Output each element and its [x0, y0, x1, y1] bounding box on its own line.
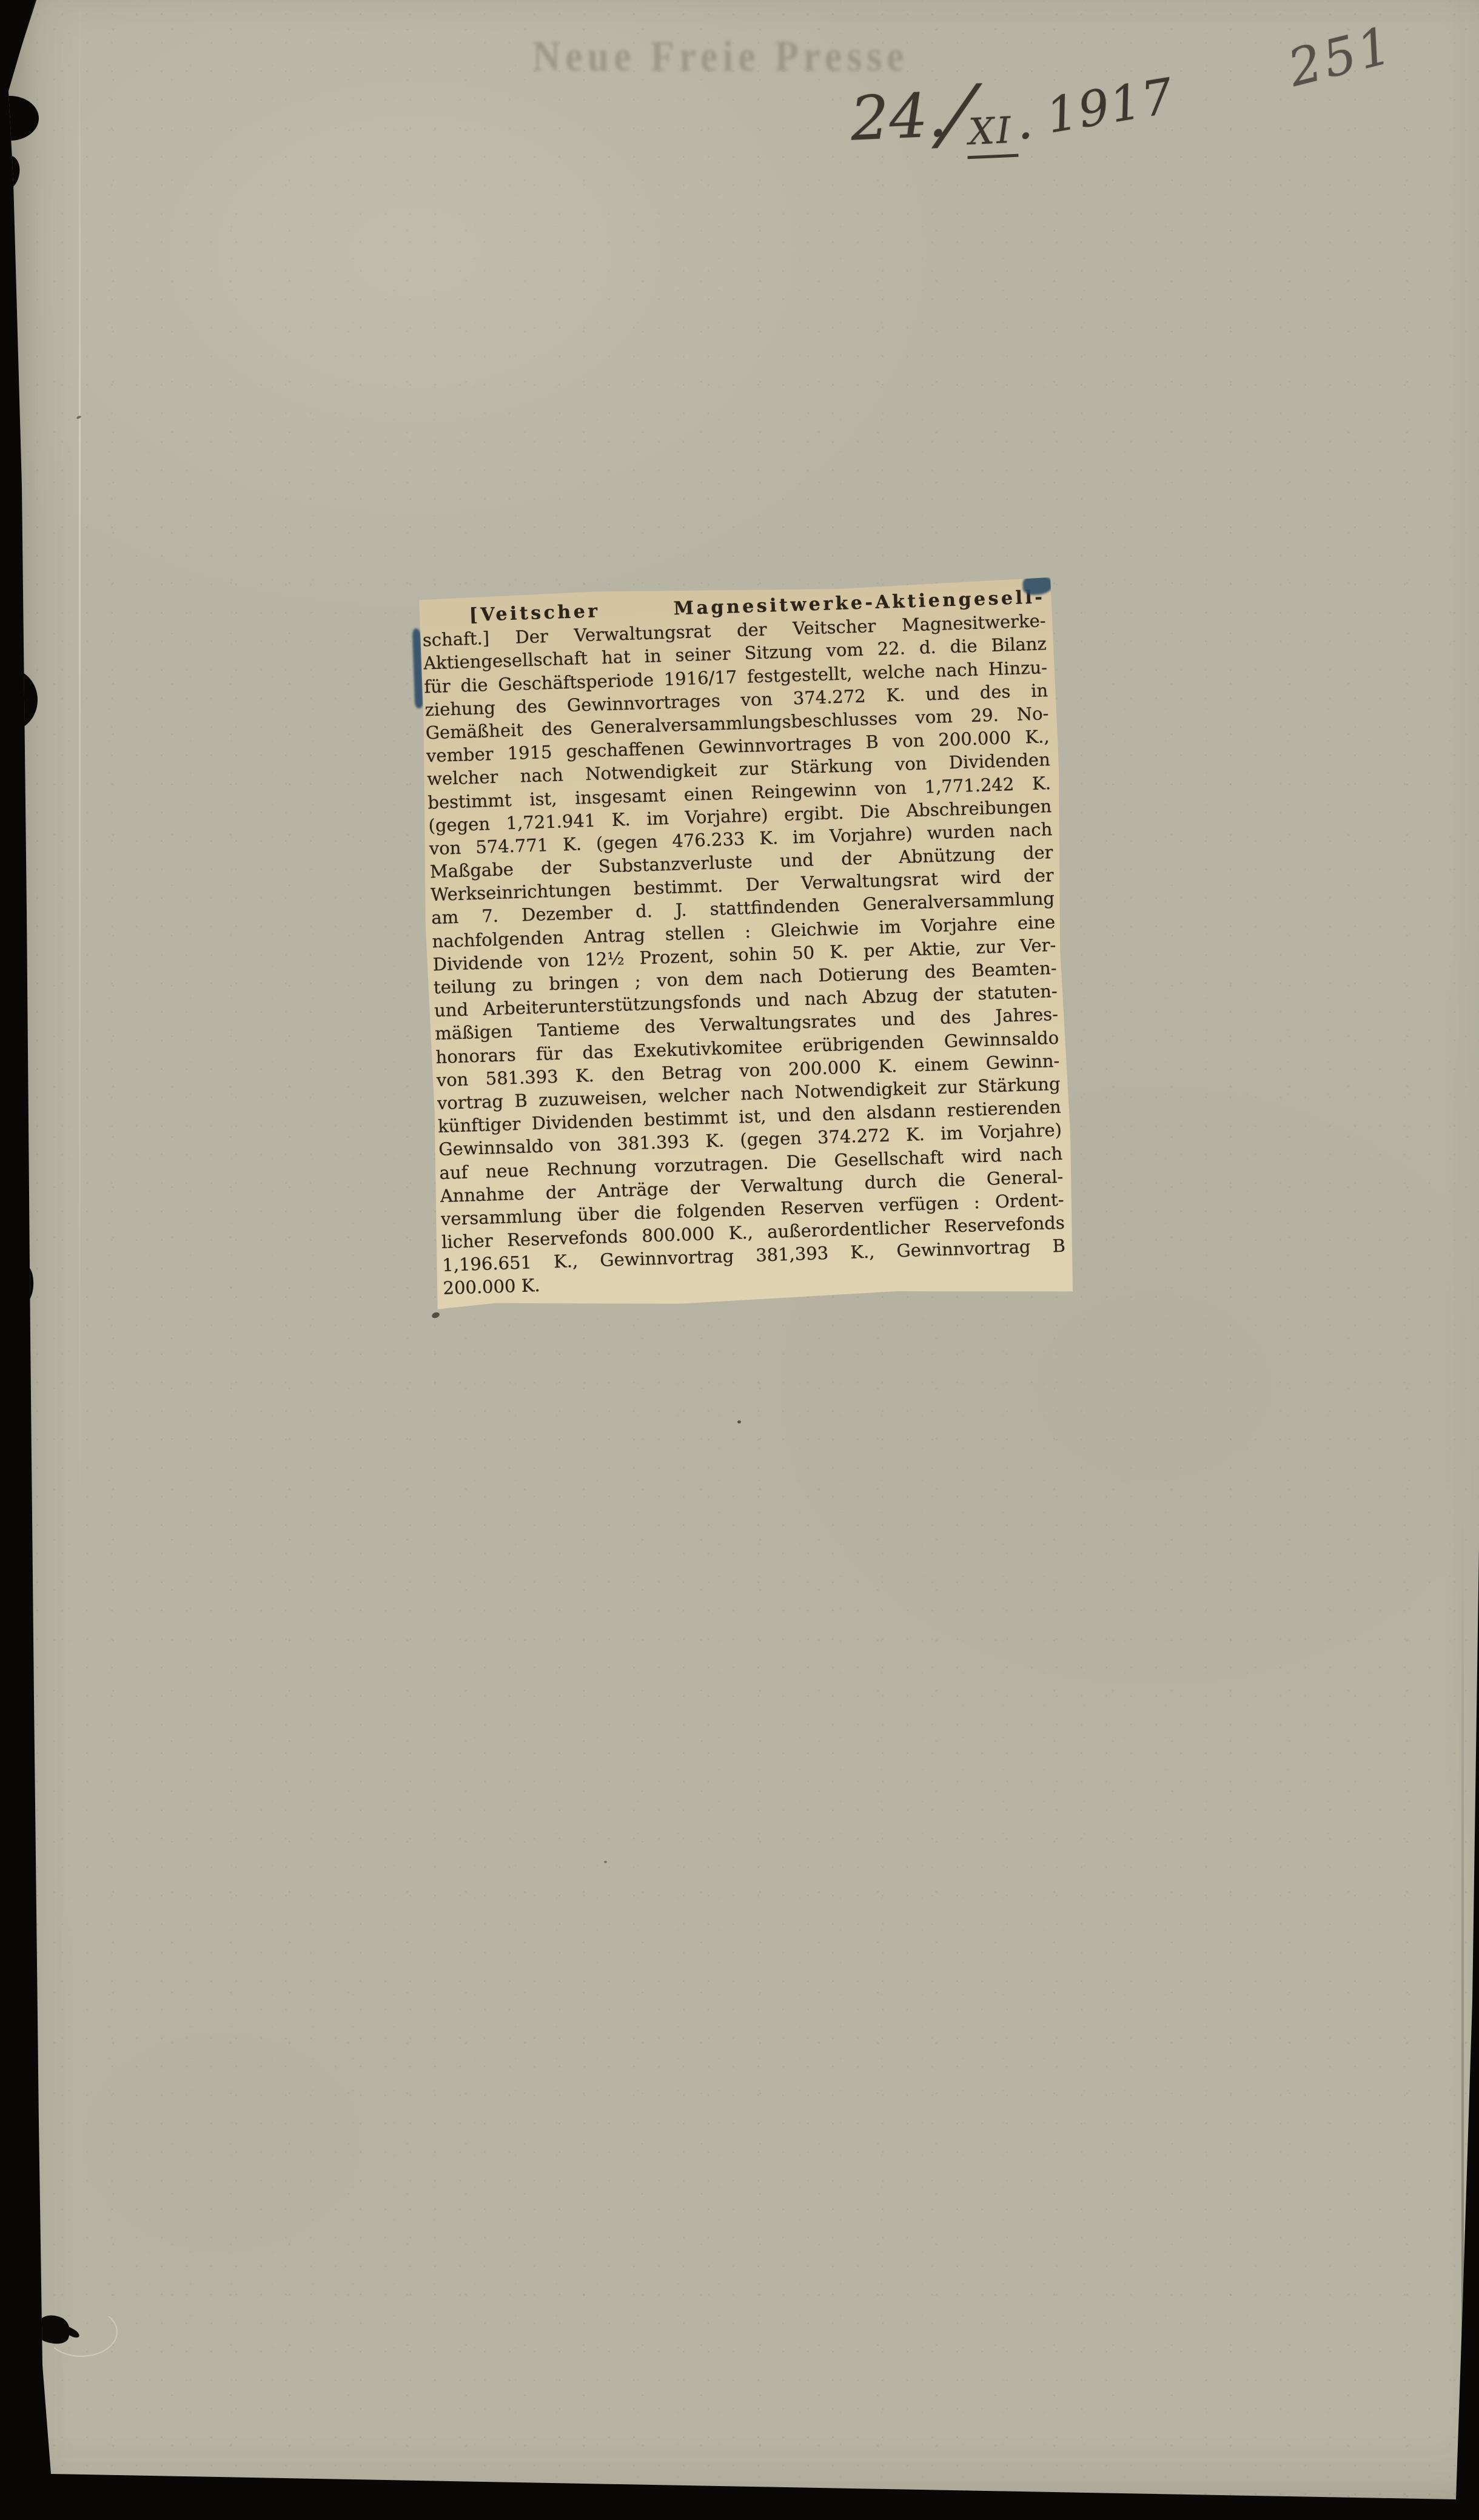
- binding-notch: [0, 2296, 28, 2348]
- handwritten-date-annotation: 24. / XI . 1917: [848, 55, 1176, 158]
- paper-speck: [737, 1420, 741, 1423]
- date-month-roman-numeral: XI: [965, 109, 1019, 160]
- date-dot: .: [1016, 91, 1035, 151]
- binding-notch: [0, 1827, 34, 1887]
- handwritten-archive-number: 251: [1283, 15, 1400, 98]
- album-page-paper: Neue Freie Presse 24. / XI . 1917 251 [V…: [0, 0, 1479, 2520]
- paper-crease: [79, 0, 81, 1516]
- edge-blemish: [0, 153, 24, 193]
- binding-notch: [0, 669, 38, 731]
- blue-ink-mark-top-right: [1022, 575, 1053, 596]
- scan-corner-shadow: [0, 0, 36, 91]
- ink-speck: [431, 1311, 440, 1319]
- binding-notch: [0, 1252, 39, 1315]
- newspaper-clipping: [Veitscher Magnesitwerke-Aktiengesell- s…: [415, 577, 1075, 1311]
- binding-notch: [0, 96, 39, 141]
- scanned-album-page: Neue Freie Presse 24. / XI . 1917 251 [V…: [0, 0, 1479, 2520]
- date-year: 1917: [1042, 67, 1178, 144]
- paper-speck: [604, 1861, 607, 1863]
- edge-blemish: [24, 2394, 34, 2433]
- date-day: 24.: [849, 79, 948, 155]
- page-edge-shadow: [1461, 1516, 1464, 2499]
- edge-blemish: [0, 734, 10, 763]
